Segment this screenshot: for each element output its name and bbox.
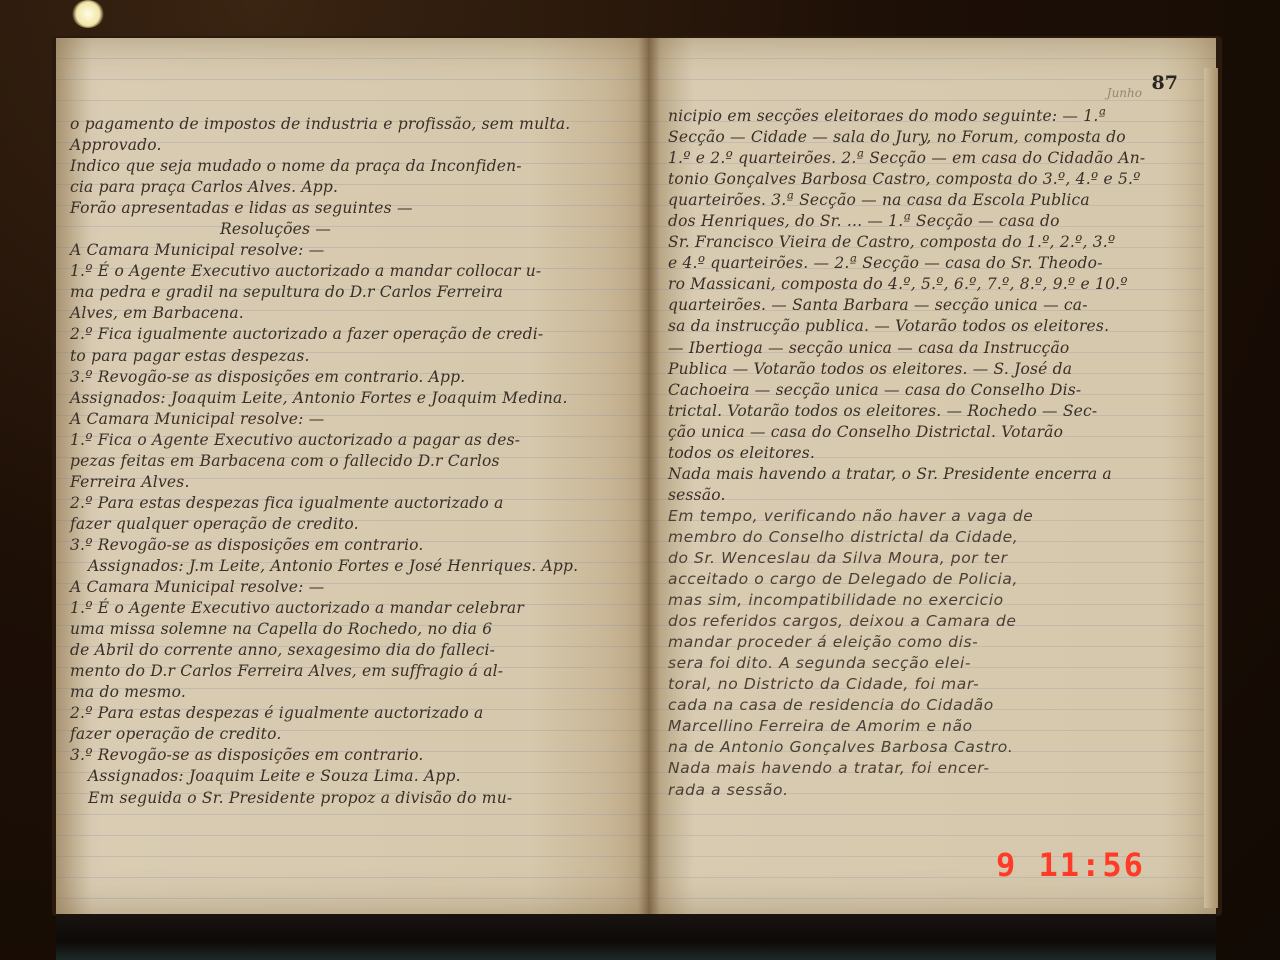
pencil-annotation: Junho xyxy=(1107,86,1142,100)
handwritten-line: todos os eleitores. xyxy=(668,443,1145,464)
handwritten-line: 1.º e 2.º quarteirões. 2.ª Secção — em c… xyxy=(668,148,1145,169)
handwritten-line: na de Antonio Gonçalves Barbosa Castro. xyxy=(668,737,1145,758)
book-gutter xyxy=(638,38,660,914)
page-stack-edge xyxy=(1204,68,1218,908)
handwritten-line: mento do D.r Carlos Ferreira Alves, em s… xyxy=(70,661,578,682)
handwritten-line: Forão apresentadas e lidas as seguintes … xyxy=(70,198,578,219)
handwritten-line: Marcellino Ferreira de Amorim e não xyxy=(668,716,1145,737)
left-page: o pagamento de impostos de industria e p… xyxy=(56,38,648,914)
handwritten-line: 2.º Para estas despezas é igualmente auc… xyxy=(70,703,578,724)
right-page-text: nicipio em secções eleitoraes do modo se… xyxy=(668,106,1145,801)
handwritten-line: de Abril do corrente anno, sexagesimo di… xyxy=(70,640,578,661)
handwritten-line: A Camara Municipal resolve: — xyxy=(70,409,578,430)
handwritten-line: to para pagar estas despezas. xyxy=(70,346,578,367)
handwritten-line: quarteirões. 3.ª Secção — na casa da Esc… xyxy=(668,190,1145,211)
handwritten-line: membro do Conselho districtal da Cidade, xyxy=(668,527,1145,548)
handwritten-line: A Camara Municipal resolve: — xyxy=(70,577,578,598)
handwritten-line: quarteirões. — Santa Barbara — secção un… xyxy=(668,295,1145,316)
handwritten-line: sera foi dito. A segunda secção elei- xyxy=(668,653,1145,674)
handwritten-line: Cachoeira — secção unica — casa do Conse… xyxy=(668,380,1145,401)
handwritten-line: e 4.º quarteirões. — 2.ª Secção — casa d… xyxy=(668,253,1145,274)
handwritten-line: dos Henriques, do Sr. ... — 1.ª Secção —… xyxy=(668,211,1145,232)
handwritten-line: ção unica — casa do Conselho Districtal.… xyxy=(668,422,1145,443)
handwritten-line: toral, no Districto da Cidade, foi mar- xyxy=(668,674,1145,695)
handwritten-line: 2.º Fica igualmente auctorizado a fazer … xyxy=(70,324,578,345)
handwritten-line: pezas feitas em Barbacena com o fallecid… xyxy=(70,451,578,472)
handwritten-line: cada na casa de residencia do Cidadão xyxy=(668,695,1145,716)
handwritten-line: Nada mais havendo a tratar, o Sr. Presid… xyxy=(668,464,1145,485)
handwritten-line: fazer operação de credito. xyxy=(70,724,578,745)
handwritten-line: Nada mais havendo a tratar, foi encer- xyxy=(668,758,1145,779)
handwritten-line: o pagamento de impostos de industria e p… xyxy=(70,114,578,135)
handwritten-line: do Sr. Wenceslau da Silva Moura, por ter xyxy=(668,548,1145,569)
handwritten-line: Ferreira Alves. xyxy=(70,472,578,493)
handwritten-line: Publica — Votarão todos os eleitores. — … xyxy=(668,359,1145,380)
right-page: Junho 87 nicipio em secções eleitoraes d… xyxy=(648,38,1216,914)
handwritten-line: 1.º É o Agente Executivo auctorizado a m… xyxy=(70,598,578,619)
handwritten-line: Alves, em Barbacena. xyxy=(70,303,578,324)
handwritten-line: Indico que seja mudado o nome da praça d… xyxy=(70,156,578,177)
handwritten-line: Em tempo, verificando não haver a vaga d… xyxy=(668,506,1145,527)
handwritten-line: dos referidos cargos, deixou a Camara de xyxy=(668,611,1145,632)
handwritten-line: Sr. Francisco Vieira de Castro, composta… xyxy=(668,232,1145,253)
handwritten-line: 3.º Revogão-se as disposições em contrar… xyxy=(70,367,578,388)
handwritten-line: mas sim, incompatibilidade no exercicio xyxy=(668,590,1145,611)
handwritten-line: A Camara Municipal resolve: — xyxy=(70,240,578,261)
handwritten-line: 3.º Revogão-se as disposições em contrar… xyxy=(70,745,578,766)
handwritten-line: — Ibertioga — secção unica — casa da Ins… xyxy=(668,338,1145,359)
handwritten-line: tonio Gonçalves Barbosa Castro, composta… xyxy=(668,169,1145,190)
light-glare xyxy=(72,0,104,28)
handwritten-line: sa da instrucção publica. — Votarão todo… xyxy=(668,316,1145,337)
handwritten-line: ma pedra e gradil na sepultura do D.r Ca… xyxy=(70,282,578,303)
handwritten-line: cia para praça Carlos Alves. App. xyxy=(70,177,578,198)
handwritten-line: rada a sessão. xyxy=(668,780,1145,801)
handwritten-line: fazer qualquer operação de credito. xyxy=(70,514,578,535)
page-number: 87 xyxy=(1152,72,1178,94)
camera-date-stamp: 9 11:56 xyxy=(996,846,1145,884)
table-edge xyxy=(56,914,1216,960)
handwritten-line: Resoluções — xyxy=(70,219,578,240)
handwritten-line: 3.º Revogão-se as disposições em contrar… xyxy=(70,535,578,556)
handwritten-line: mandar proceder á eleição como dis- xyxy=(668,632,1145,653)
handwritten-line: Em seguida o Sr. Presidente propoz a div… xyxy=(70,788,578,809)
handwritten-line: 1.º É o Agente Executivo auctorizado a m… xyxy=(70,261,578,282)
left-page-text: o pagamento de impostos de industria e p… xyxy=(70,114,578,809)
handwritten-line: ma do mesmo. xyxy=(70,682,578,703)
handwritten-line: 1.º Fica o Agente Executivo auctorizado … xyxy=(70,430,578,451)
handwritten-line: Assignados: Joaquim Leite, Antonio Forte… xyxy=(70,388,578,409)
handwritten-line: acceitado o cargo de Delegado de Policia… xyxy=(668,569,1145,590)
handwritten-line: trictal. Votarão todos os eleitores. — R… xyxy=(668,401,1145,422)
handwritten-line: nicipio em secções eleitoraes do modo se… xyxy=(668,106,1145,127)
handwritten-line: ro Massicani, composta do 4.º, 5.º, 6.º,… xyxy=(668,274,1145,295)
handwritten-line: Assignados: Joaquim Leite e Souza Lima. … xyxy=(70,766,578,787)
handwritten-line: sessão. xyxy=(668,485,1145,506)
handwritten-line: Secção — Cidade — sala do Jury, no Forum… xyxy=(668,127,1145,148)
open-ledger: o pagamento de impostos de industria e p… xyxy=(56,38,1216,914)
handwritten-line: uma missa solemne na Capella do Rochedo,… xyxy=(70,619,578,640)
handwritten-line: Approvado. xyxy=(70,135,578,156)
handwritten-line: Assignados: J.m Leite, Antonio Fortes e … xyxy=(70,556,578,577)
handwritten-line: 2.º Para estas despezas fica igualmente … xyxy=(70,493,578,514)
